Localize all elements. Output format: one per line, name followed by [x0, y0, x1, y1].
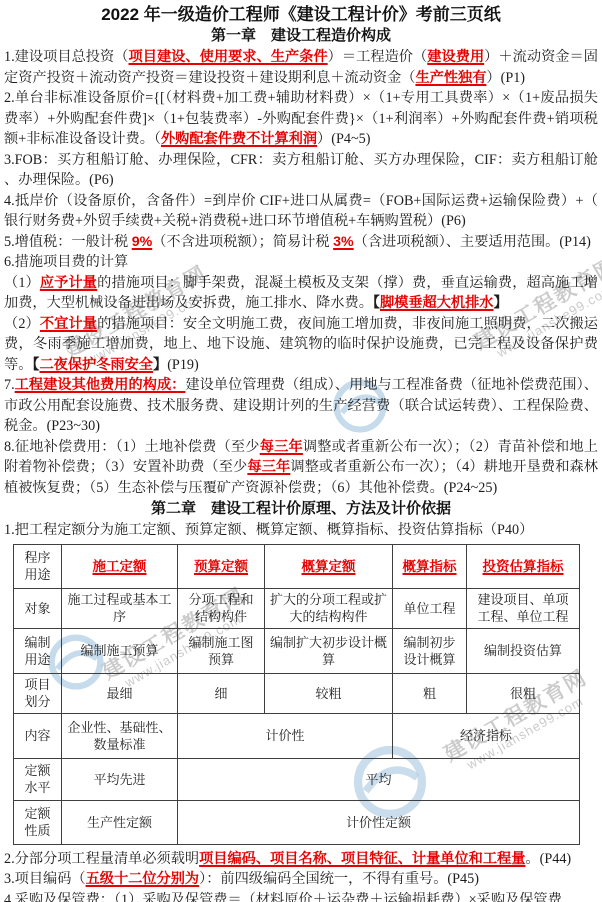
table-cell: 很粗 — [467, 673, 580, 713]
text-segment: (P19) — [167, 357, 199, 373]
text-segment: 】 — [494, 295, 508, 311]
highlighted-text: 3% — [333, 234, 354, 250]
highlighted-text: 五级十二位分别为 — [86, 871, 200, 887]
chapter1-heading: 第一章 建设工程造价构成 — [4, 26, 598, 45]
highlighted-text: 每三年 — [260, 439, 303, 455]
table-cell: 编制投资估算 — [467, 628, 580, 673]
table-cell: 经济指标 — [393, 713, 580, 758]
paragraph: （1）应予计量的措施项目：脚手架费，混凝土模板及支架（撑）费，垂直运输费，超高施… — [4, 273, 598, 314]
highlighted-text: 项目建设、使用要求、生产条件 — [129, 49, 328, 65]
text-segment: 4.采购及保管费：（1）采购及保管费＝（材料原价＋运杂费＋运输损耗费）×采购及保… — [4, 892, 562, 902]
paragraph: 6.措施项目费的计算 — [4, 252, 598, 273]
paragraph: 2.分部分项工程量清单必须载明项目编码、项目名称、项目特征、计量单位和工程量。(… — [4, 849, 598, 870]
row-label-cell: 对象 — [14, 588, 62, 628]
table-cell: 建设项目、单项工程、单位工程 — [467, 588, 580, 628]
table-cell: 扩大的分项工程或扩大的结构构件 — [265, 588, 393, 628]
document-content: 2022 年一级造价工程师《建设工程计价》考前三页纸 第一章 建设工程造价构成 … — [0, 4, 602, 902]
text-segment: 1.把工程定额分为施工定额、预算定额、概算定额、概算指标、投资估算指标（P40） — [4, 522, 533, 538]
text-segment: 2.分部分项工程量清单必须载明 — [4, 851, 199, 867]
table-cell: 编制初步设计概算 — [393, 628, 467, 673]
table-row: 定额水平平均先进平均 — [14, 758, 580, 800]
table-cell: 编制扩大初步设计概算 — [265, 628, 393, 673]
highlighted-text: 不宜计量 — [40, 316, 97, 332]
column-header-cell: 投资估算指标 — [467, 544, 580, 588]
table-cell: 分项工程和结构构件 — [178, 588, 265, 628]
table-cell: 平均先进 — [62, 758, 178, 800]
highlighted-text: 二夜保护冬雨安全 — [39, 357, 153, 373]
text-segment: 4.抵岸价（设备原价，含备件）=到岸价 CIF+进口从属费=（FOB+国际运费+… — [4, 193, 598, 230]
paragraph: 3.项目编码（五级十二位分别为）：前四级编码全国统一，不得有重号。(P45) — [4, 869, 598, 890]
paragraph: 8.征地补偿费用：（1）土地补偿费（至少每三年调整或者重新公布一次）；（2）青苗… — [4, 437, 598, 499]
row-label-cell: 定额性质 — [14, 800, 62, 844]
table-cell: 企业性、基础性、数量标准 — [62, 713, 178, 758]
row-label-cell: 内容 — [14, 713, 62, 758]
highlighted-text: 应予计量 — [40, 275, 97, 291]
text-segment: 】 — [153, 357, 167, 373]
text-segment: ）(P4~5) — [317, 131, 370, 147]
highlighted-text: 建设费用 — [427, 49, 484, 65]
chapter2-heading: 第二章 建设工程计价原理、方法及计价依据 — [4, 499, 598, 518]
paragraph: 2.单台非标准设备原价={[（材料费+加工费+辅助材料费）×（1+专用工具费率）… — [4, 88, 598, 150]
column-header-cell: 概算定额 — [265, 544, 393, 588]
table-cell: 平均 — [178, 758, 580, 800]
highlighted-text: 9% — [132, 234, 153, 250]
highlighted-text: 工程建设其他费用的构成： — [15, 377, 186, 393]
table-row: 定额性质生产性定额计价性定额 — [14, 800, 580, 844]
paragraph: 5.增值税：一般计税 9%（不含进项税额）；简易计税 3%（含进项税额）、主要适… — [4, 232, 598, 253]
paragraph: 1.建设项目总投资（项目建设、使用要求、生产条件）＝工程造价（建设费用）＋流动资… — [4, 47, 598, 88]
column-header-cell: 施工定额 — [62, 544, 178, 588]
table-cell: 单位工程 — [393, 588, 467, 628]
highlighted-text: 脚模垂超大机排水 — [380, 295, 494, 311]
table-cell: 粗 — [393, 673, 467, 713]
text-segment: 1.建设项目总投资（ — [4, 49, 129, 65]
table-row: 对象施工过程或基本工序分项工程和结构构件扩大的分项工程或扩大的结构构件单位工程建… — [14, 588, 580, 628]
table-row: 程序用途施工定额预算定额概算定额概算指标投资估算指标 — [14, 544, 580, 588]
table-cell: 计价性 — [178, 713, 393, 758]
text-segment: 3.项目编码（ — [4, 871, 86, 887]
highlighted-text: 每三年 — [247, 459, 290, 475]
document-page: 建设工程教育网 www.jianshe99.com 建设工程教育网 www.ji… — [0, 0, 602, 902]
table-cell: 生产性定额 — [62, 800, 178, 844]
column-header-cell: 概算指标 — [393, 544, 467, 588]
paragraph: 7.工程建设其他费用的构成：建设单位管理费（组成）、用地与工程准备费（征地补偿费… — [4, 375, 598, 437]
row-label-cell: 程序用途 — [14, 544, 62, 588]
table-cell: 计价性定额 — [178, 800, 580, 844]
text-segment: ）：前四级编码全国统一，不得有重号。(P45) — [199, 871, 479, 887]
table-cell: 细 — [178, 673, 265, 713]
text-segment: （不含进项税额）；简易计税 — [152, 234, 333, 250]
table-cell: 编制施工图预算 — [178, 628, 265, 673]
row-label-cell: 定额水平 — [14, 758, 62, 800]
text-segment: ）(P1) — [486, 70, 525, 86]
paragraph: 3.FOB：买方租船订舱、办理保险，CFR：卖方租船订舱、买方办理保险，CIF：… — [4, 150, 598, 191]
page-title: 2022 年一级造价工程师《建设工程计价》考前三页纸 — [4, 4, 598, 25]
table-cell: 较粗 — [265, 673, 393, 713]
row-label-cell: 编制用途 — [14, 628, 62, 673]
table-row: 项目划分最细细较粗粗很粗 — [14, 673, 580, 713]
row-label-cell: 项目划分 — [14, 673, 62, 713]
paragraph: 1.把工程定额分为施工定额、预算定额、概算定额、概算指标、投资估算指标（P40） — [4, 520, 598, 541]
paragraph: （2）不宜计量的措施项目：安全文明施工费，夜间施工增加费，非夜间施工照明费，二次… — [4, 314, 598, 376]
text-segment: ）＝工程造价（ — [328, 49, 428, 65]
highlighted-text: 外购配套件费不计算利润 — [161, 131, 317, 147]
highlighted-text: 项目编码、项目名称、项目特征、计量单位和工程量 — [199, 851, 525, 867]
table-row: 编制用途编制施工预算编制施工图预算编制扩大初步设计概算编制初步设计概算编制投资估… — [14, 628, 580, 673]
table-row: 内容企业性、基础性、数量标准计价性经济指标 — [14, 713, 580, 758]
text-segment: 7. — [4, 377, 15, 393]
text-segment: （2） — [4, 316, 40, 332]
table-cell: 最细 — [62, 673, 178, 713]
text-segment: （1） — [4, 275, 40, 291]
text-segment: 3.FOB：买方租船订舱、办理保险，CFR：卖方租船订舱、买方办理保险，CIF：… — [4, 152, 598, 189]
table-cell: 编制施工预算 — [62, 628, 178, 673]
text-segment: 。(P44) — [525, 851, 571, 867]
highlighted-text: 生产性独有 — [415, 70, 486, 86]
paragraph: 4.采购及保管费：（1）采购及保管费＝（材料原价＋运杂费＋运输损耗费）×采购及保… — [4, 890, 598, 902]
text-segment: 【 — [373, 295, 380, 311]
table-cell: 施工过程或基本工序 — [62, 588, 178, 628]
text-segment: 5.增值税：一般计税 — [4, 234, 132, 250]
text-segment: （含进项税额）、主要适用范围。(P14) — [354, 234, 591, 250]
text-segment: 6.措施项目费的计算 — [4, 254, 128, 270]
quota-comparison-table: 程序用途施工定额预算定额概算定额概算指标投资估算指标对象施工过程或基本工序分项工… — [13, 544, 580, 845]
text-segment: 8.征地补偿费用：（1）土地补偿费（至少 — [4, 439, 260, 455]
column-header-cell: 预算定额 — [178, 544, 265, 588]
paragraph: 4.抵岸价（设备原价，含备件）=到岸价 CIF+进口从属费=（FOB+国际运费+… — [4, 191, 598, 232]
